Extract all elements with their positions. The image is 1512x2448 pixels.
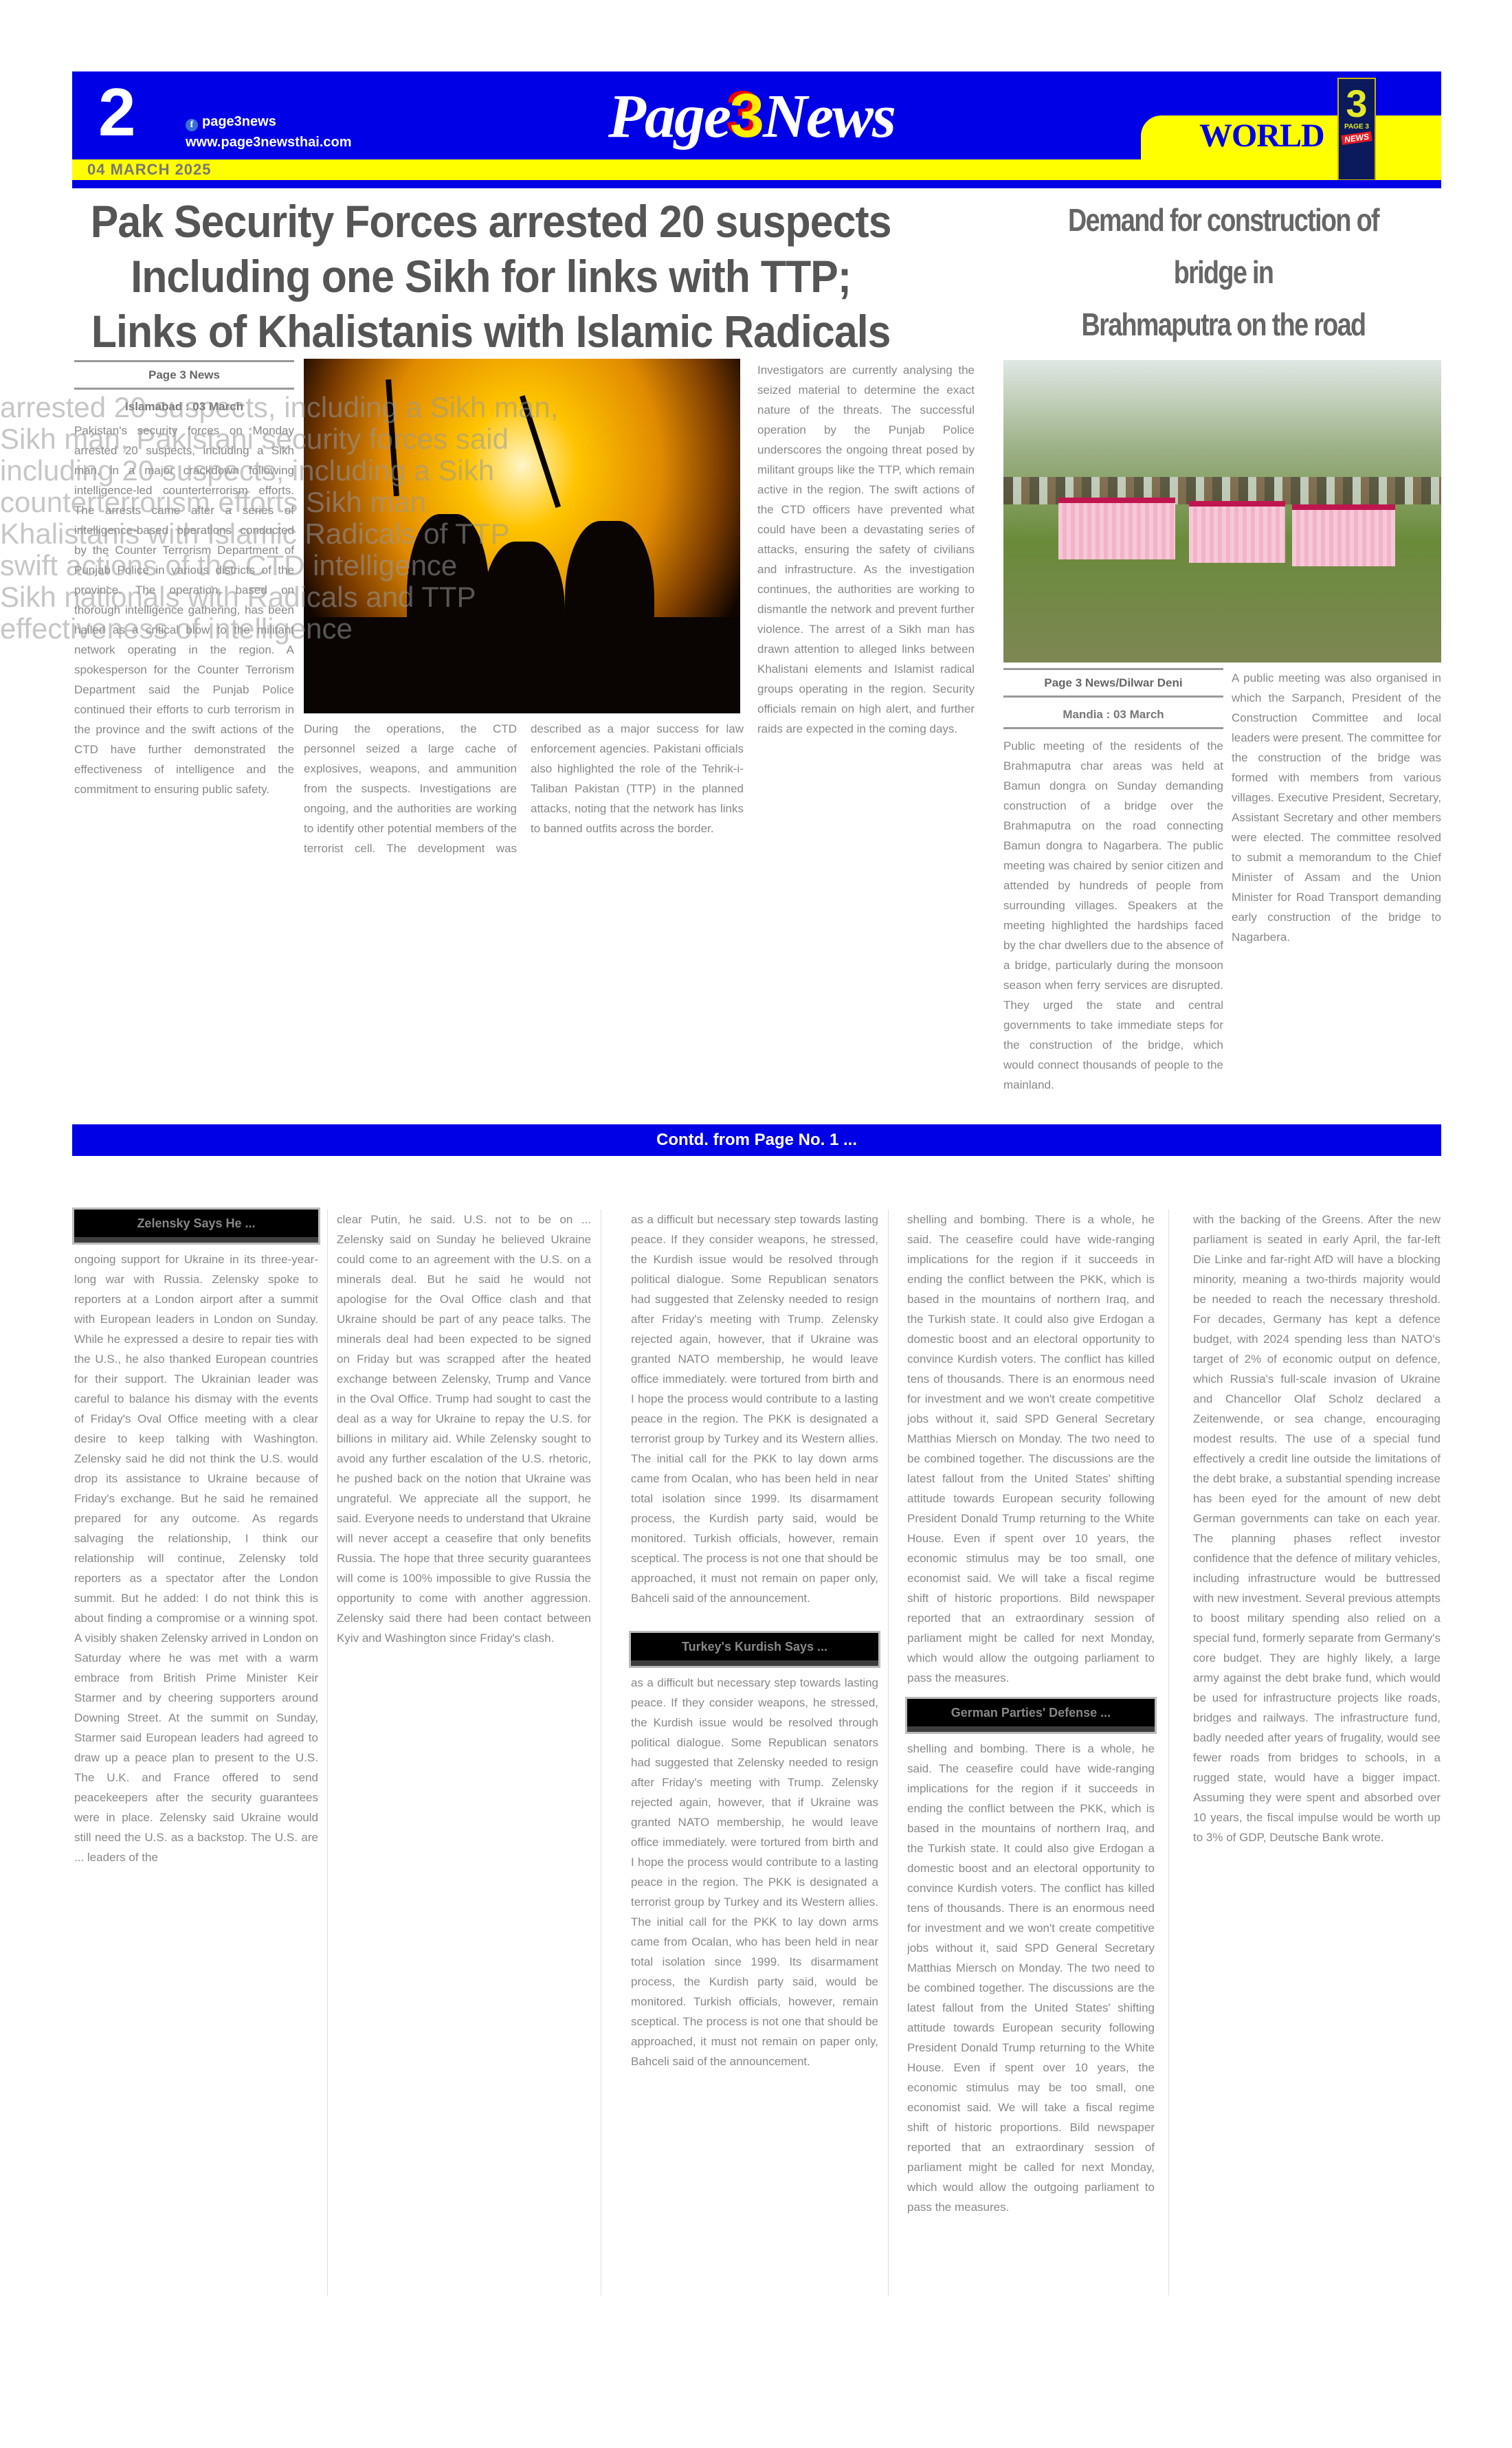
side-headline-line-1: Demand for construction of bridge in — [1043, 194, 1404, 298]
newspaper-logo: Page3News — [608, 85, 895, 148]
lead-headline-line-1: Pak Security Forces arrested 20 suspects — [89, 194, 892, 249]
continued-column-4: shelling and bombing. There is a whole, … — [907, 1739, 1155, 2295]
logo-number-three: 3 — [730, 82, 763, 151]
continued-column-1: ongoing support for Ukraine in its three… — [74, 1249, 318, 2294]
column-divider — [327, 1210, 328, 2295]
lead-body-text-2: During the operations, the CTD personnel… — [304, 719, 744, 858]
facebook-icon: f — [186, 119, 198, 131]
side-story-column-2: A public meeting was also organised in w… — [1232, 668, 1441, 1122]
decorated-table — [1292, 504, 1395, 566]
continued-column-2: clear Putin, he said. U.S. not to be on … — [337, 1210, 591, 2295]
continued-text-1: ongoing support for Ukraine in its three… — [74, 1249, 318, 1867]
kicker-zelensky[interactable]: Zelensky Says He ... — [74, 1210, 318, 1243]
continued-text-4-top: shelling and bombing. There is a whole, … — [907, 1210, 1155, 1684]
continued-column-5: with the backing of the Greens. After th… — [1193, 1210, 1441, 2295]
continued-text-4: shelling and bombing. There is a whole, … — [907, 1739, 1155, 2217]
column-divider — [1168, 1210, 1169, 2295]
continued-column-3: as a difficult but necessary step toward… — [631, 1673, 878, 2295]
issue-date: 04 MARCH 2025 — [87, 161, 212, 179]
website-link[interactable]: www.page3newsthai.com — [186, 132, 352, 153]
continued-column-4-top: shelling and bombing. There is a whole, … — [907, 1210, 1155, 1684]
side-story-column-1: Page 3 News/Dilwar Deni Mandia : 03 Marc… — [1003, 668, 1223, 1122]
decorated-table — [1189, 501, 1285, 563]
continued-from-page-1-banner: Contd. from Page No. 1 ... — [72, 1124, 1441, 1156]
continued-text-5: with the backing of the Greens. After th… — [1193, 1210, 1441, 1847]
lead-body-text-3: Investigators are currently analysing th… — [757, 360, 975, 739]
page-number: 2 — [98, 78, 136, 146]
social-links: fpage3news www.page3newsthai.com — [186, 111, 352, 153]
ghost-overlay-text: arrested 20 suspects, including a Sikh m… — [0, 392, 619, 653]
masthead-divider — [72, 180, 1441, 188]
kicker-german-defense[interactable]: German Parties' Defense ... — [907, 1699, 1155, 1732]
badge-news-label: NEWS — [1341, 131, 1372, 145]
side-photo-public-meeting — [1003, 360, 1441, 663]
continued-text-2: clear Putin, he said. U.S. not to be on … — [337, 1210, 591, 1648]
lead-headline-line-3: Links of Khalistanis with Islamic Radica… — [89, 304, 892, 359]
section-label: WORLD — [1199, 117, 1324, 155]
side-byline: Page 3 News/Dilwar Deni — [1003, 668, 1223, 698]
lead-byline: Page 3 News — [74, 360, 294, 390]
facebook-link[interactable]: fpage3news — [186, 111, 352, 132]
lead-headline-line-2: Including one Sikh for links with TTP; — [89, 249, 892, 304]
badge-number: 3 — [1339, 85, 1375, 123]
continued-column-3-top: as a difficult but necessary step toward… — [631, 1210, 878, 1615]
lead-story-column-3: Investigators are currently analysing th… — [757, 360, 975, 1116]
lead-story-column-2: During the operations, the CTD personnel… — [304, 719, 744, 1117]
column-divider — [601, 1210, 601, 2295]
kicker-turkey-kurdish[interactable]: Turkey's Kurdish Says ... — [631, 1633, 878, 1666]
facebook-handle: page3news — [202, 114, 276, 129]
logo-text-page: Page — [608, 82, 730, 151]
decorated-table — [1058, 498, 1175, 559]
page3-badge-logo: 3 PAGE 3 NEWS — [1337, 78, 1376, 181]
lead-headline: Pak Security Forces arrested 20 suspects… — [89, 194, 892, 359]
logo-text-news: News — [763, 82, 895, 151]
side-body-text-2: A public meeting was also organised in w… — [1232, 668, 1441, 947]
column-divider — [888, 1210, 889, 2295]
side-dateline: Mandia : 03 March — [1003, 704, 1223, 729]
badge-page-label: PAGE 3 — [1339, 123, 1375, 131]
continued-text-3: as a difficult but necessary step toward… — [631, 1673, 878, 2071]
side-body-text-1: Public meeting of the residents of the B… — [1003, 736, 1223, 1095]
continued-text-3-top: as a difficult but necessary step toward… — [631, 1210, 878, 1608]
